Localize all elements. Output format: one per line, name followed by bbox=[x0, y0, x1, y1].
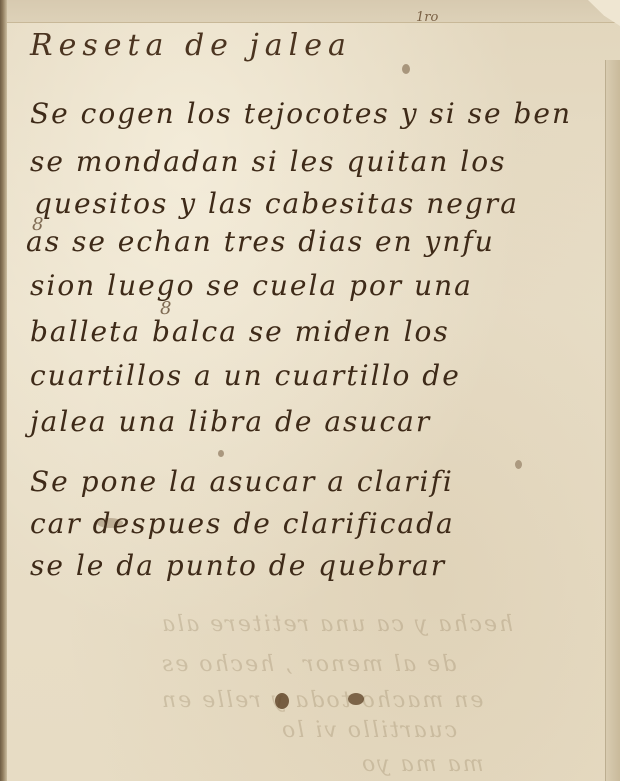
text-line: car despues de clarificada bbox=[30, 510, 455, 538]
manuscript-page: hecha y ca una retitere ala de al menor … bbox=[0, 0, 620, 781]
recipe-title: Reseta de jalea bbox=[30, 28, 352, 63]
bleed-through-line: en macho toda y relle en bbox=[160, 688, 483, 713]
ink-stain bbox=[218, 450, 224, 457]
text-line: jalea una libra de asucar bbox=[30, 408, 431, 436]
ink-stain bbox=[402, 64, 410, 74]
text-line: Se cogen los tejocotes y si se ben bbox=[30, 100, 572, 128]
margin-mark: 8 bbox=[32, 214, 43, 235]
text-line: balleta balca se miden los bbox=[30, 318, 450, 346]
text-line: cuartillos a un cuartillo de bbox=[30, 362, 461, 390]
text-line: se le da punto de quebrar bbox=[30, 552, 446, 580]
text-line: as se echan tres dias en ynfu bbox=[26, 228, 495, 256]
bleed-through-line: hecha y ca una retitere ala bbox=[160, 612, 513, 637]
margin-mark: 8 bbox=[160, 298, 171, 319]
bleed-through-line: de al menor , hecho es bbox=[160, 652, 456, 677]
text-line: sion luego se cuela por una bbox=[30, 272, 473, 300]
ink-stain bbox=[348, 693, 364, 705]
bleed-through-line: cuartillo vi lo bbox=[280, 718, 457, 743]
underlying-page-edge bbox=[605, 60, 620, 781]
binding-edge bbox=[0, 0, 7, 781]
bleed-through-line: ma ma yo bbox=[360, 752, 484, 777]
page-top-strip bbox=[0, 0, 620, 23]
text-line: quesitos y las cabesitas negra bbox=[34, 190, 519, 218]
ink-stain bbox=[275, 693, 289, 709]
folio-number: 1ro bbox=[416, 10, 438, 25]
text-line: se mondadan si les quitan los bbox=[30, 148, 506, 176]
ink-stain bbox=[515, 460, 522, 469]
text-line: Se pone la asucar a clarifi bbox=[30, 468, 454, 496]
